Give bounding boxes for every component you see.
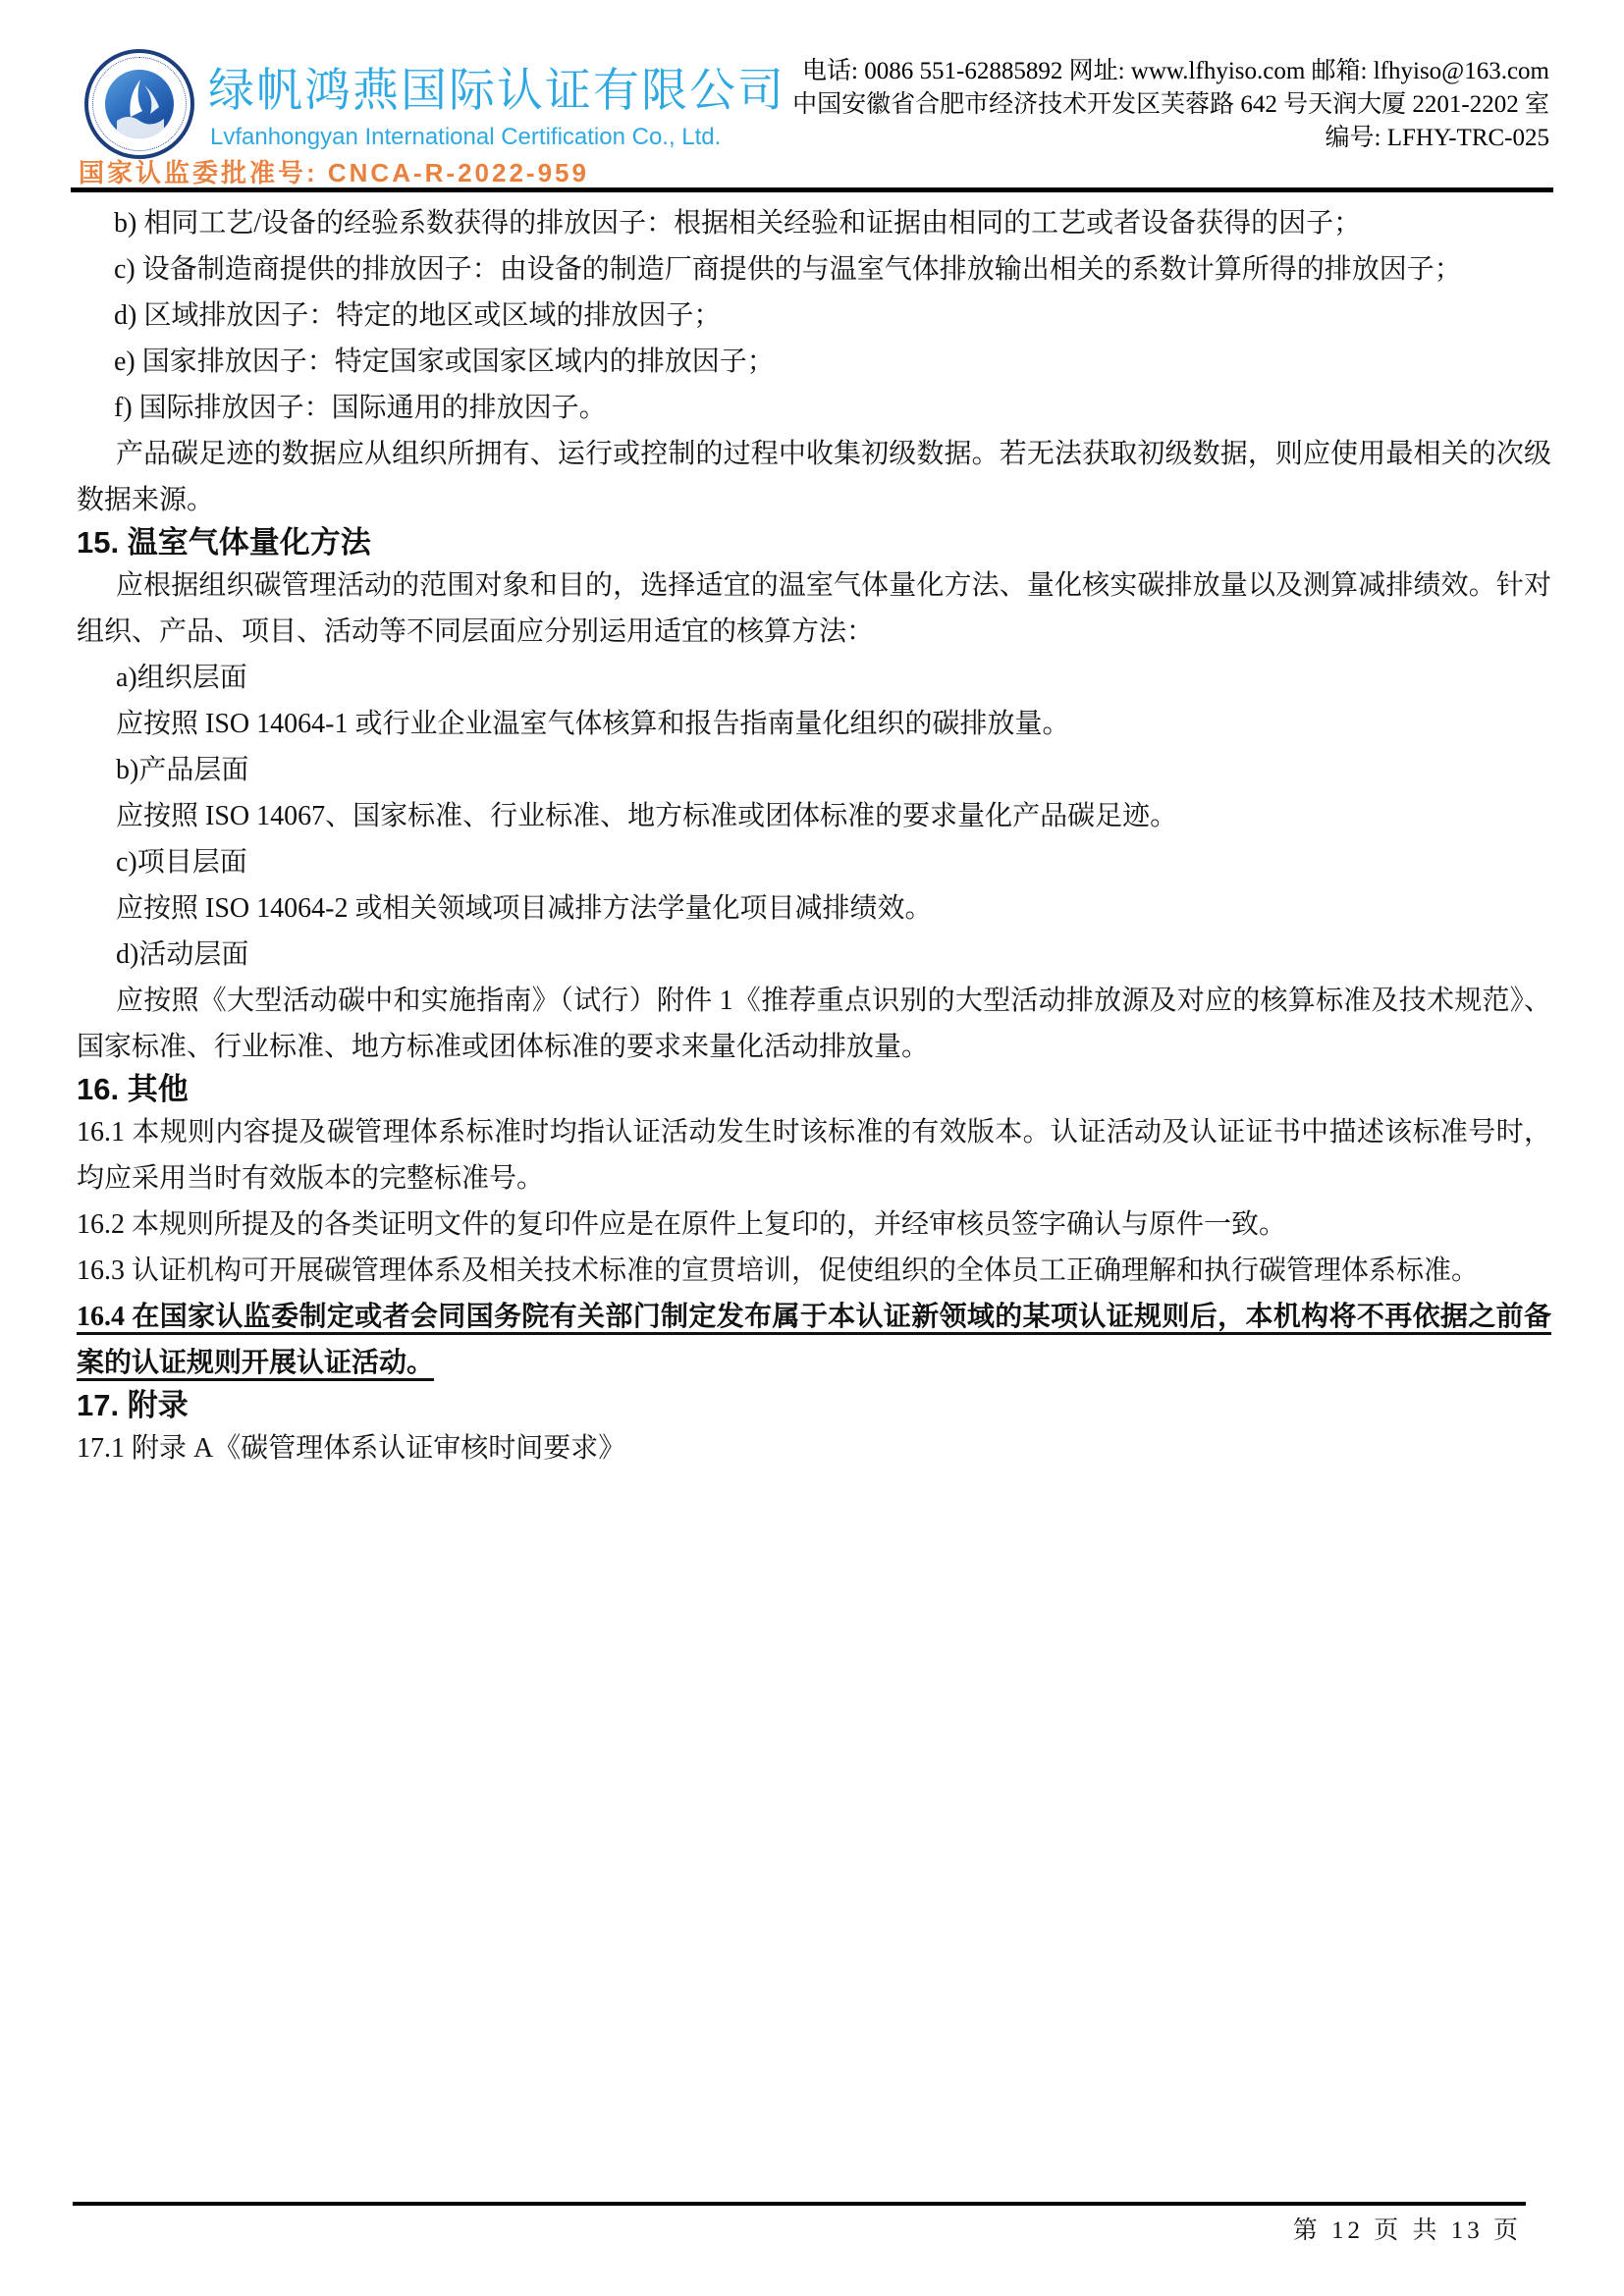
sub-item-d: d)活动层面 [77, 932, 1551, 978]
clause-16-4-emphasized: 16.4 在国家认监委制定或者会同国务院有关部门制定发布属于本认证新领域的某项认… [77, 1294, 1551, 1386]
paragraph: 应按照 ISO 14064-1 或行业企业温室气体核算和报告指南量化组织的碳排放… [77, 701, 1551, 747]
sub-item-c: c)项目层面 [77, 839, 1551, 885]
address-line: 中国安徽省合肥市经济技术开发区芙蓉路 642 号天润大厦 2201-2202 室 [792, 88, 1549, 122]
company-name-en: Lvfanhongyan International Certification… [210, 124, 721, 151]
document-page: 绿帆鸿燕国际认证有限公司 Lvfanhongyan International … [0, 0, 1624, 2296]
page-number: 第 12 页 共 13 页 [1293, 2211, 1522, 2246]
doc-number: 编号: LFHY-TRC-025 [792, 122, 1549, 155]
list-item-c: c) 设备制造商提供的排放因子：由设备的制造厂商提供的与温室气体排放输出相关的系… [77, 246, 1551, 293]
section-heading-17: 17. 附录 [77, 1386, 1551, 1425]
section-heading-16: 16. 其他 [77, 1070, 1551, 1109]
page-header: 绿帆鸿燕国际认证有限公司 Lvfanhongyan International … [0, 0, 1624, 194]
clause-16-2: 16.2 本规则所提及的各类证明文件的复印件应是在原件上复印的，并经审核员签字确… [77, 1201, 1551, 1248]
list-item-b: b) 相同工艺/设备的经验系数获得的排放因子：根据相关经验和证据由相同的工艺或者… [77, 200, 1551, 246]
list-item-f: f) 国际排放因子：国际通用的排放因子。 [77, 385, 1551, 431]
document-body: b) 相同工艺/设备的经验系数获得的排放因子：根据相关经验和证据由相同的工艺或者… [77, 200, 1551, 1471]
clause-17-1: 17.1 附录 A《碳管理体系认证审核时间要求》 [77, 1425, 1551, 1471]
paragraph: 应根据组织碳管理活动的范围对象和目的，选择适宜的温室气体量化方法、量化核实碳排放… [77, 562, 1551, 655]
paragraph: 应按照《大型活动碳中和实施指南》（试行）附件 1《推荐重点识别的大型活动排放源及… [77, 978, 1551, 1070]
clause-16-3: 16.3 认证机构可开展碳管理体系及相关技术标准的宣贯培训，促使组织的全体员工正… [77, 1248, 1551, 1294]
sail-icon [105, 70, 174, 138]
sub-item-b: b)产品层面 [77, 747, 1551, 793]
approval-number: 国家认监委批准号: CNCA-R-2022-959 [79, 153, 589, 189]
list-item-e: e) 国家排放因子：特定国家或国家区域内的排放因子； [77, 339, 1551, 385]
header-divider [71, 187, 1553, 192]
clause-16-1: 16.1 本规则内容提及碳管理体系标准时均指认证活动发生时该标准的有效版本。认证… [77, 1109, 1551, 1201]
footer-divider [73, 2202, 1526, 2206]
paragraph: 应按照 ISO 14067、国家标准、行业标准、地方标准或团体标准的要求量化产品… [77, 793, 1551, 839]
paragraph: 应按照 ISO 14064-2 或相关领域项目减排方法学量化项目减排绩效。 [77, 885, 1551, 932]
company-name-cn: 绿帆鸿燕国际认证有限公司 [208, 65, 785, 116]
header-contact-block: 电话: 0086 551-62885892 网址: www.lfhyiso.co… [792, 55, 1549, 155]
paragraph: 产品碳足迹的数据应从组织所拥有、运行或控制的过程中收集初级数据。若无法获取初级数… [77, 431, 1551, 523]
section-heading-15: 15. 温室气体量化方法 [77, 523, 1551, 562]
contact-line: 电话: 0086 551-62885892 网址: www.lfhyiso.co… [792, 55, 1549, 88]
sub-item-a: a)组织层面 [77, 655, 1551, 701]
list-item-d: d) 区域排放因子：特定的地区或区域的排放因子； [77, 293, 1551, 339]
company-logo-seal [84, 49, 194, 159]
